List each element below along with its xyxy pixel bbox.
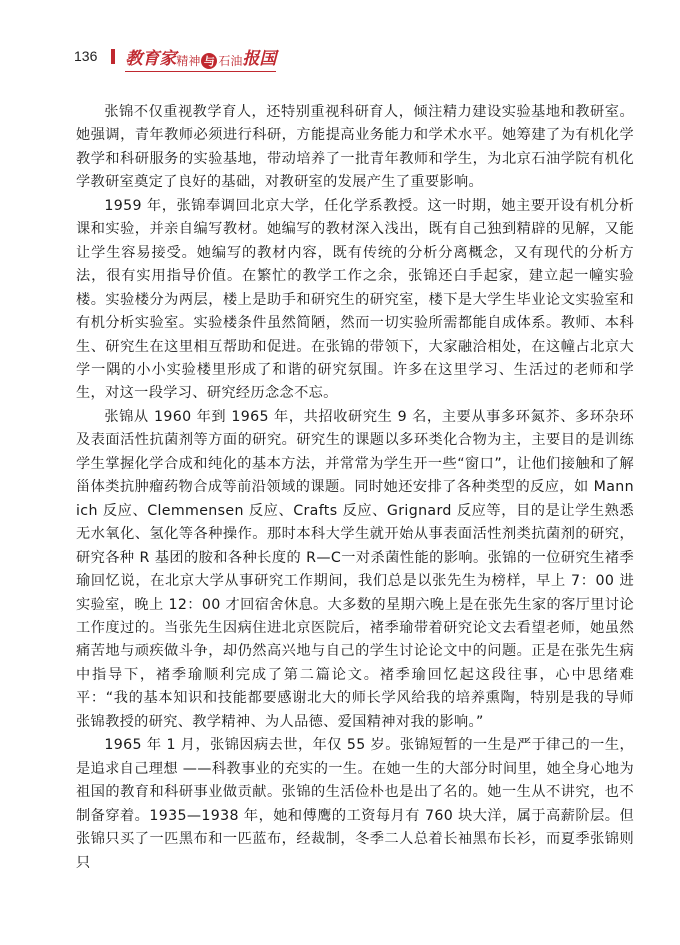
- paragraph: 张锦从 1960 年到 1965 年，共招收研究生 9 名，主要从事多环氮芥、多…: [76, 406, 634, 734]
- paragraph: 张锦不仅重视教学育人，还特别重视科研育人，倾注精力建设实验基地和教研室。她强调，…: [76, 101, 634, 195]
- page-header: 136 教育家 精神 与 石油 报国: [74, 44, 276, 68]
- book-title-connector: 与: [201, 53, 217, 69]
- paragraph: 1965 年 1 月，张锦因病去世，年仅 55 岁。张锦短暂的一生是严于律己的一…: [76, 734, 634, 875]
- book-title-underline: [125, 71, 276, 72]
- book-title-part2: 精神: [176, 52, 200, 69]
- body-text: 张锦不仅重视教学育人，还特别重视科研育人，倾注精力建设实验基地和教研室。她强调，…: [76, 101, 634, 875]
- book-title-part3: 石油: [218, 52, 242, 69]
- book-title-part4: 报国: [242, 44, 276, 69]
- header-divider-bar: [111, 49, 115, 64]
- paragraph: 1959 年，张锦奉调回北京大学，任化学系教授。这一时期，她主要开设有机分析课和…: [76, 195, 634, 406]
- page-number: 136: [74, 48, 97, 64]
- book-title-logo: 教育家 精神 与 石油 报国: [125, 44, 276, 69]
- book-title-part1: 教育家: [125, 44, 176, 69]
